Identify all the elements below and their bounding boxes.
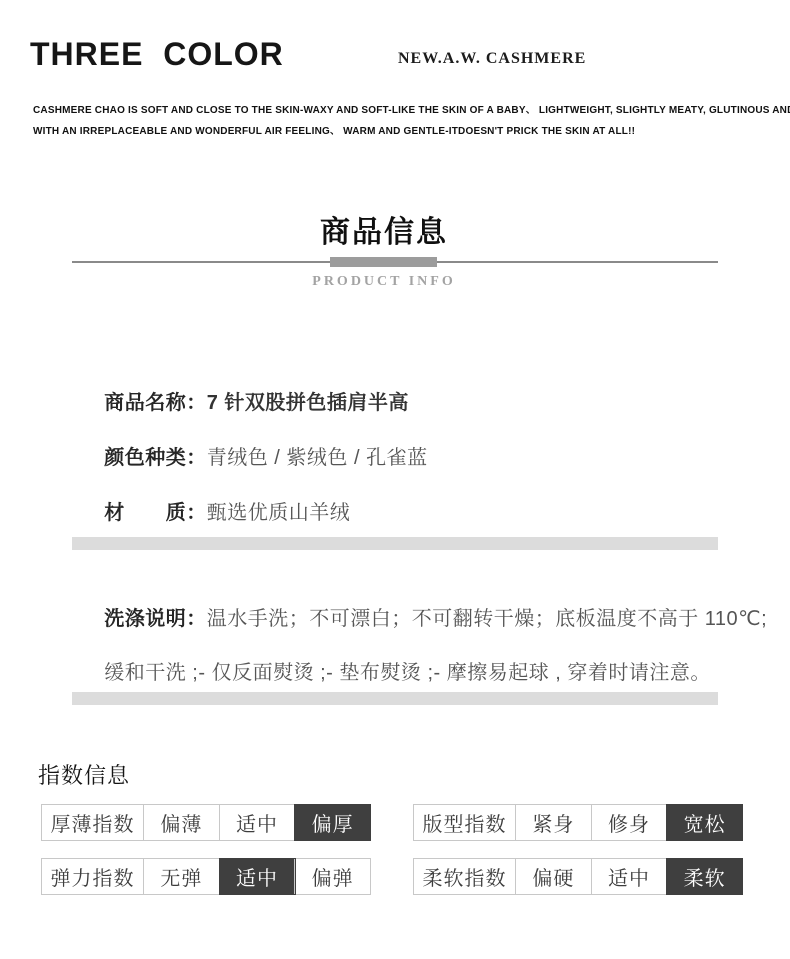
separator-bar-top <box>72 537 718 550</box>
index-option: 偏硬 <box>516 859 592 894</box>
index-table-elasticity: 弹力指数 无弹 适中 偏弹 <box>41 858 371 895</box>
index-table-label: 厚薄指数 <box>42 805 144 840</box>
index-option-selected: 偏厚 <box>295 805 370 840</box>
washing-label: 洗涤说明： <box>104 608 207 630</box>
index-table-softness: 柔软指数 偏硬 适中 柔软 <box>413 858 743 895</box>
index-option: 紧身 <box>516 805 592 840</box>
index-option: 无弹 <box>144 859 220 894</box>
divider-center-block <box>330 257 437 267</box>
product-name-value: 7 针双股拼色插肩半高 <box>207 392 409 414</box>
index-table-thickness: 厚薄指数 偏薄 适中 偏厚 <box>41 804 371 841</box>
brand-title: THREE COLOR <box>30 36 284 73</box>
washing-text-1: 温水手洗；不可漂白；不可翻转干燥；底板温度不高于 110℃; <box>207 608 767 630</box>
section-title: 商品信息 <box>0 207 768 251</box>
brand-subtitle: NEW.A.W. CASHMERE <box>398 50 586 68</box>
product-colors-label: 颜色种类： <box>104 447 207 469</box>
index-option: 偏薄 <box>144 805 220 840</box>
index-option-selected: 宽松 <box>667 805 742 840</box>
product-material-label: 材 质： <box>104 502 207 524</box>
index-option: 适中 <box>220 805 296 840</box>
index-option: 偏弹 <box>295 859 370 894</box>
index-option-selected: 适中 <box>220 859 296 894</box>
index-option: 适中 <box>592 859 668 894</box>
index-table-label: 柔软指数 <box>414 859 516 894</box>
washing-text-2: 缓和干洗 ;- 仅反面熨烫 ;- 垫布熨烫 ;- 摩擦易起球 , 穿着时请注意。 <box>104 662 711 684</box>
brand-description-line-1: CASHMERE CHAO IS SOFT AND CLOSE TO THE S… <box>33 101 790 116</box>
index-option: 修身 <box>592 805 668 840</box>
product-info-page: THREE COLOR NEW.A.W. CASHMERE CASHMERE C… <box>0 0 790 959</box>
product-material-value: 甄选优质山羊绒 <box>207 502 351 524</box>
index-table-label: 版型指数 <box>414 805 516 840</box>
index-option-selected: 柔软 <box>667 859 742 894</box>
product-colors-value: 青绒色 / 紫绒色 / 孔雀蓝 <box>207 447 428 469</box>
index-table-label: 弹力指数 <box>42 859 144 894</box>
section-subtitle: PRODUCT INFO <box>0 274 768 290</box>
index-info-title: 指数信息 <box>38 759 130 790</box>
product-name-label: 商品名称： <box>104 392 207 414</box>
brand-description-line-2: WITH AN IRREPLACEABLE AND WONDERFUL AIR … <box>33 122 635 137</box>
index-tables-grid: 厚薄指数 偏薄 适中 偏厚 版型指数 紧身 修身 宽松 弹力指数 无弹 适中 偏… <box>41 804 743 895</box>
index-table-fit: 版型指数 紧身 修身 宽松 <box>413 804 743 841</box>
separator-bar-bottom <box>72 692 718 705</box>
